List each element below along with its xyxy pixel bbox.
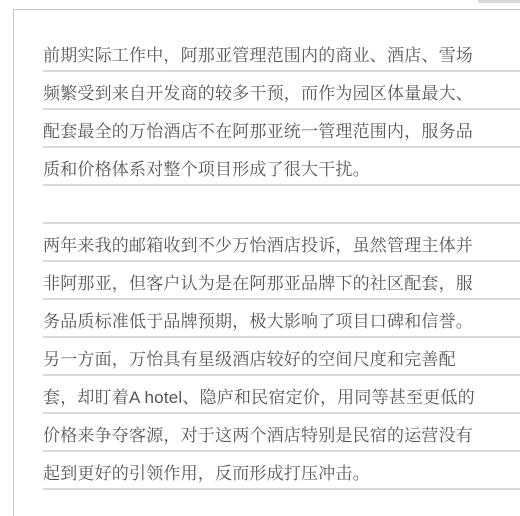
text-line: 另一方面，万怡具有星级酒店较好的空间尺度和完善配	[43, 338, 520, 376]
text-document-panel: 前期实际工作中，阿那亚管理范围内的商业、酒店、雪场 频繁受到来自开发商的较多干预…	[13, 9, 520, 516]
text-line-content: 质和价格体系对整个项目形成了很大干扰。	[43, 161, 370, 180]
text-line-content: 前期实际工作中，阿那亚管理范围内的商业、酒店、雪场	[43, 47, 473, 66]
text-line-content: 另一方面，万怡具有星级酒店较好的空间尺度和完善配	[43, 351, 456, 370]
text-line-content: 起到更好的引领作用，反而形成打压冲击。	[43, 465, 370, 484]
text-line-content: 两年来我的邮箱收到不少万怡酒店投诉，虽然管理主体并	[43, 237, 473, 256]
text-line: 非阿那亚，但客户认为是在阿那亚品牌下的社区配套，服	[43, 262, 520, 300]
text-line-content: 频繁受到来自开发商的较多干预，而作为园区体量最大、	[43, 85, 473, 104]
text-line: 频繁受到来自开发商的较多干预，而作为园区体量最大、	[43, 72, 520, 110]
text-line: 价格来争夺客源，对于这两个酒店特别是民宿的运营没有	[43, 414, 520, 452]
text-line: 务品质标准低于品牌预期，极大影响了项目口碑和信誉。	[43, 300, 520, 338]
text-line: 两年来我的邮箱收到不少万怡酒店投诉，虽然管理主体并	[43, 224, 520, 262]
text-line: 前期实际工作中，阿那亚管理范围内的商业、酒店、雪场	[43, 34, 520, 72]
text-line: 套，却盯着A hotel、隐庐和民宿定价，用同等甚至更低的	[43, 376, 520, 414]
text-line-content: 配套最全的万怡酒店不在阿那亚统一管理范围内，服务品	[43, 123, 473, 142]
text-line-content: 务品质标准低于品牌预期，极大影响了项目口碑和信誉。	[43, 313, 473, 332]
text-line: 质和价格体系对整个项目形成了很大干扰。	[43, 148, 520, 186]
text-line-content: 价格来争夺客源，对于这两个酒店特别是民宿的运营没有	[43, 427, 473, 446]
text-line-empty	[43, 186, 520, 224]
text-line: 配套最全的万怡酒店不在阿那亚统一管理范围内，服务品	[43, 110, 520, 148]
text-line-content: 套，却盯着A hotel、隐庐和民宿定价，用同等甚至更低的	[43, 389, 475, 408]
text-line: 起到更好的引领作用，反而形成打压冲击。	[43, 452, 520, 490]
text-line-content: 非阿那亚，但客户认为是在阿那亚品牌下的社区配套，服	[43, 275, 473, 294]
cropped-top-bar	[478, 0, 520, 3]
